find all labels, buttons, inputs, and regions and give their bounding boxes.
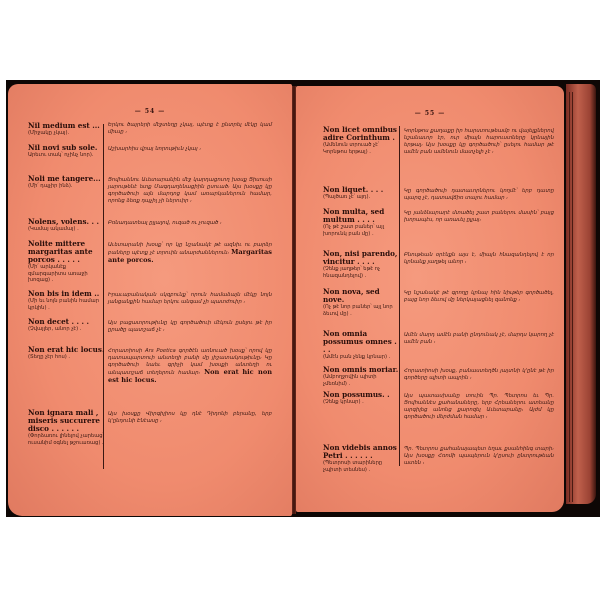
- entry-term: Noli me tangere...: [28, 175, 106, 183]
- entry-gloss: (Չենք յաղթեր՝ եթէ ոչ հնազանդելով) .: [323, 266, 399, 279]
- entry-term: Non omnis moriar.: [323, 366, 399, 374]
- entry-gloss: (Փորձառու լինելով չարեաց՝ ուսանիմ օգնել …: [28, 433, 106, 446]
- entry-term-block: Non possumus. . (Չենք կրնար) .: [323, 391, 399, 406]
- entry-term: Non videbis annos Petri . . . . . .: [323, 444, 399, 460]
- entry-gloss: (Պայծառ չէ՝ այդ).: [323, 194, 399, 201]
- entry-gloss: (Չենք կրնար) .: [323, 399, 399, 406]
- entry-term: Nil novi sub sole.: [28, 144, 106, 152]
- entry-text: Բնութեան օրէնքն այս է, միայն հնազանդելով…: [404, 252, 554, 266]
- entry-term: Non licet omnibus adire Corinthum .: [323, 126, 399, 142]
- page-number: — 55 —: [296, 110, 564, 117]
- entry-term-block: Non, nisi parendo, vincitur . . . . (Չեն…: [323, 250, 399, 279]
- entry-term-block: Nil medium est ... (Միջակը չկայ).: [28, 122, 106, 137]
- entry-gloss: (Մի՛ արկանէք զմարգարիտս առաջի խոզաց) .: [28, 264, 106, 284]
- entry-term-block: Non bis in idem .. (Մի եւ նոյն բանին համ…: [28, 290, 106, 311]
- entry-term-block: Non videbis annos Petri . . . . . . (Պետ…: [323, 444, 399, 473]
- open-book: — 54 — Nil medium est ... (Միջակը չկայ).…: [6, 80, 600, 517]
- entry-gloss: (Միջակը չկայ).: [28, 130, 106, 137]
- entry-gloss: (Կամայ ակամայ) .: [28, 226, 106, 233]
- entry-term-block: Nil novi sub sole. Արեւու տակ՝ ոչինչ նոր…: [28, 144, 106, 159]
- entry-term: Nolens, volens. . .: [28, 218, 106, 226]
- entry-gloss: (Մի՛ դպչիր ինձ).: [28, 183, 106, 190]
- left-page: — 54 — Nil medium est ... (Միջակը չկայ).…: [8, 84, 292, 516]
- entry-text: Այս պատասխանը տուին Պր. Պետրոս եւ Պր. Յո…: [404, 393, 554, 421]
- entry-text: Բռնադատեալ ըլլալով, ուզած ու չուզած ։: [108, 220, 272, 227]
- entry-gloss: (Տեղը չէր հոս) .: [28, 354, 106, 361]
- entry-term-block: Non multa, sed multum . . . . (Ոչ թէ շատ…: [323, 208, 399, 237]
- entry-term: Nil medium est ...: [28, 122, 106, 130]
- entry-term-block: Non omnia possumus omnes . . . (Ամէն բան…: [323, 330, 399, 361]
- entry-text: Կը գործածուի դատաւորներու կողմէ՝ երբ դատ…: [404, 188, 554, 202]
- edge-line: [572, 92, 573, 502]
- column-rule: [399, 126, 400, 466]
- entry-text: Իրաւաբանական սկզբունք՝ որուն համաձայն մէ…: [108, 292, 272, 306]
- edge-line: [569, 92, 570, 502]
- entry-term: Nolite mittere margaritas ante porcos . …: [28, 240, 106, 264]
- entry-latin-tail: Non erat: [204, 368, 239, 376]
- entry-gloss: (Ամենուն տրուած չէ՝ Կորնթոս երթալ) .: [323, 142, 399, 155]
- entry-term-block: Non ignara mali , miseris succurere disc…: [28, 409, 106, 446]
- entry-term: Non, nisi parendo, vincitur . . . .: [323, 250, 399, 266]
- entry-term: Non omnia possumus omnes . . .: [323, 330, 399, 354]
- entry-gloss: (Ոչ թէ շատ բաներ՝ այլ խորունկ բան մը) .: [323, 224, 399, 237]
- entry-text: Այս խօսքը Վիրգիլիոս կը դնէ Դիդոնի բերանը…: [108, 411, 272, 425]
- right-page: — 55 — Non licet omnibus adire Corinthum…: [296, 86, 564, 512]
- entry-gloss: (Չվայլեր, անոր չէ) .: [28, 326, 106, 333]
- entry-term-block: Non omnis moriar. (Ամբողջովին պիտի չմեռն…: [323, 366, 399, 387]
- entry-term-block: Non erat hic locus. (Տեղը չէր հոս) .: [28, 346, 106, 361]
- entry-term: Non decet . . . .: [28, 318, 106, 326]
- entry-term-block: Non liquet. . . . (Պայծառ չէ՝ այդ).: [323, 186, 399, 201]
- page-edges: [566, 84, 596, 504]
- entry-term-block: Nolite mittere margaritas ante porcos . …: [28, 240, 106, 284]
- entry-text: Աւետարանի խօսք՝ որ կը նշանակէ թէ ազնիւ ո…: [108, 242, 272, 265]
- entry-gloss: (Մի եւ նոյն բանին համար կրկին) .: [28, 298, 106, 311]
- entry-text: Յովհաննու Աւետարանին մէջ կարդացուող խօսք…: [108, 177, 272, 205]
- entry-gloss: (Ամէն բան չենք կրնար) .: [323, 354, 399, 361]
- entry-term: Non liquet. . . .: [323, 186, 399, 194]
- entry-term: Non nova, sed nove.: [323, 288, 399, 304]
- entry-term-block: Non licet omnibus adire Corinthum . (Ամե…: [323, 126, 399, 155]
- entry-text: Կը յանձնարարէ մտածել շատ բաներու մասին՝ …: [404, 210, 554, 224]
- entry-gloss: (Ամբողջովին պիտի չմեռնիմ) .: [323, 374, 399, 387]
- entry-text: Հորատիոսի Ars Poetica գործէն առնուած խօս…: [108, 348, 272, 385]
- entry-text: Երկու ծայրերի մէջտեղը չկայ, պէտք է ընտրե…: [108, 122, 272, 136]
- entry-gloss: (Պետրոսի տարիները չպիտի տեսնես) .: [323, 460, 399, 473]
- entry-term: Non bis in idem ..: [28, 290, 106, 298]
- entry-term-block: Non nova, sed nove. (Ոչ թէ նոր բաներ՝ այ…: [323, 288, 399, 317]
- entry-gloss: (Ոչ թէ նոր բաներ՝ այլ նոր ձեւով մը) .: [323, 304, 399, 317]
- entry-gloss: Արեւու տակ՝ ոչինչ նոր).: [28, 152, 106, 159]
- entry-term: Non erat hic locus.: [28, 346, 106, 354]
- entry-text: Հորատիոսի խօսք, բանաստեղծն յայտնի կ'ընէ …: [404, 368, 554, 382]
- entry-term: Non multa, sed multum . . . .: [323, 208, 399, 224]
- entry-text: Կը նշանակէ թէ գրողը կրնայ հին նիւթեր գոր…: [404, 290, 554, 304]
- entry-term-block: Nolens, volens. . . (Կամայ ակամայ) .: [28, 218, 106, 233]
- page-number: — 54 —: [8, 108, 292, 115]
- entry-term-block: Non decet . . . . (Չվայլեր, անոր չէ) .: [28, 318, 106, 333]
- entry-term: Non possumus. .: [323, 391, 399, 399]
- entry-text: Պր. Պետրոս քահանայապետ եղաւ քսանհինգ տար…: [404, 446, 554, 467]
- entry-term-block: Noli me tangere... (Մի՛ դպչիր ինձ).: [28, 175, 106, 190]
- entry-text: Կորնթոս քաղաքը իր հարստութեամբ ու վայելք…: [404, 128, 554, 156]
- entry-text: Այս բացատրութիւնը կը գործածուի մէկուն ըս…: [108, 320, 272, 334]
- entry-text: Աշխարհիս վրայ նորութիւն չկայ ։: [108, 146, 272, 153]
- entry-term: Non ignara mali , miseris succurere disc…: [28, 409, 106, 433]
- entry-text: Ամէն մարդ ամէն բանի ընդունակ չէ, մարդս կ…: [404, 332, 554, 346]
